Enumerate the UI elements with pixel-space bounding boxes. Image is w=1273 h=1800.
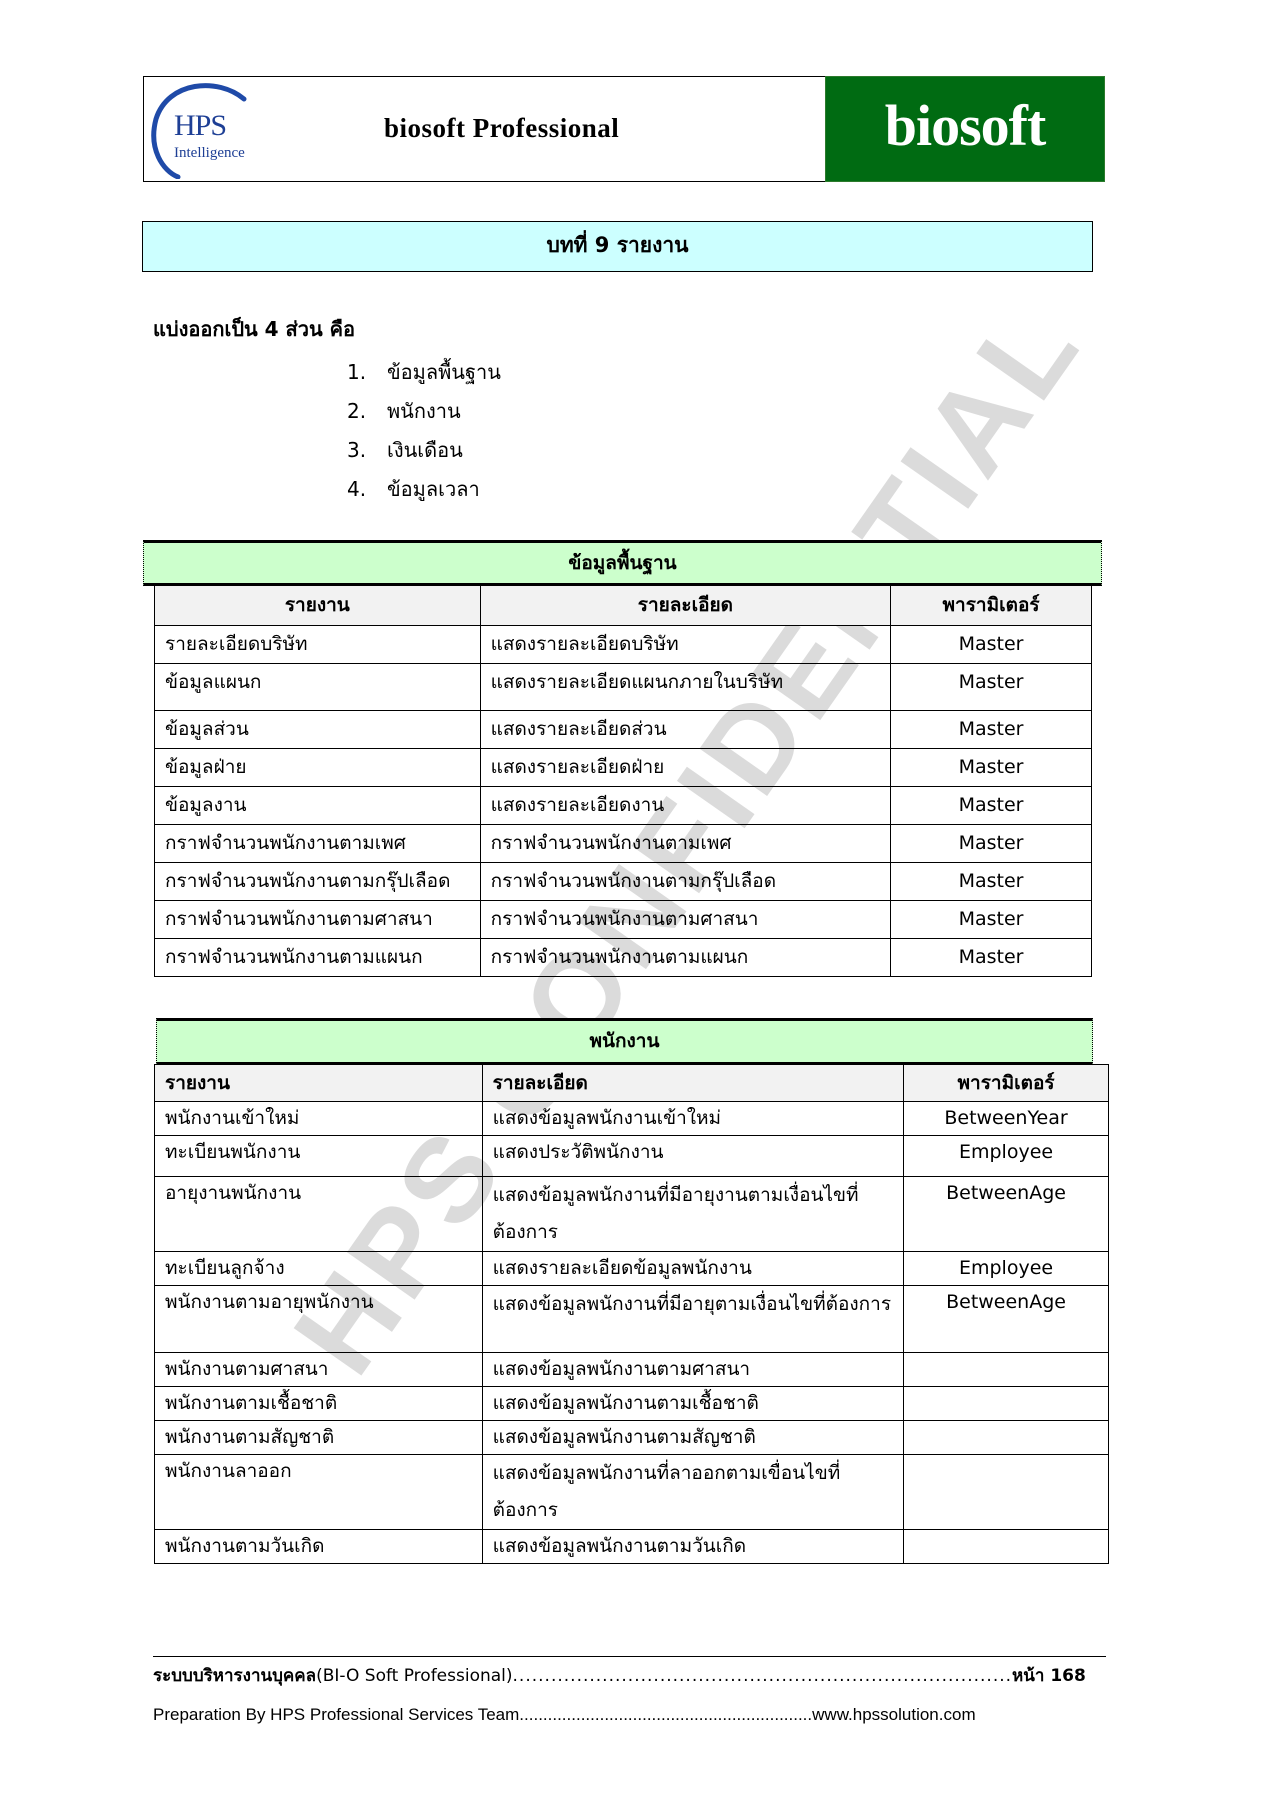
list-item: 1.ข้อมูลพื้นฐาน <box>347 354 501 393</box>
column-header-parameter: พารามิเตอร์ <box>891 586 1092 626</box>
table-row: รายละเอียดบริษัทแสดงรายละเอียดบริษัทMast… <box>155 626 1092 664</box>
cell-report-text: ข้อมูลงาน <box>165 794 247 816</box>
table-row: พนักงานตามศาสนาแสดงข้อมูลพนักงานตามศาสนา <box>155 1353 1109 1387</box>
column-header-report: รายงาน <box>155 1065 483 1102</box>
cell-detail-text: แสดงรายละเอียดบริษัท <box>491 633 679 655</box>
cell-detail-text: แสดงข้อมูลพนักงานที่มีอายุตามเงื่อนไขที่… <box>493 1293 891 1315</box>
list-label: เงินเดือน <box>387 432 463 471</box>
footer-system-sub: (BI-O Soft Professional) <box>316 1666 512 1686</box>
cell-parameter <box>904 1455 1109 1530</box>
cell-detail: แสดงข้อมูลพนักงานตามวันเกิด <box>482 1530 903 1564</box>
cell-report-text: ข้อมูลฝ่าย <box>165 756 247 778</box>
table-row: ทะเบียนพนักงานแสดงประวัติพนักงานEmployee <box>155 1136 1109 1177</box>
cell-parameter-text: Master <box>959 794 1024 816</box>
cell-detail: แสดงรายละเอียดข้อมูลพนักงาน <box>482 1252 903 1286</box>
list-number: 1. <box>347 354 387 393</box>
cell-report-text: กราฟจำนวนพนักงานตามเพศ <box>165 832 406 854</box>
cell-detail: แสดงข้อมูลพนักงานตามสัญชาติ <box>482 1421 903 1455</box>
cell-parameter: Master <box>891 863 1092 901</box>
cell-detail-text: แสดงรายละเอียดส่วน <box>491 718 667 740</box>
table-row: กราฟจำนวนพนักงานตามแผนกกราฟจำนวนพนักงานต… <box>155 939 1092 977</box>
footer-page-number: หน้า 168 <box>1012 1666 1086 1686</box>
footer-prepared-line: Preparation By HPS Professional Services… <box>153 1703 1093 1727</box>
cell-parameter-text: Master <box>959 832 1024 854</box>
cell-parameter: Employee <box>904 1252 1109 1286</box>
cell-detail: แสดงรายละเอียดงาน <box>480 787 890 825</box>
footer-system-line: ระบบบริหารงานบุคคล(BI-O Soft Professiona… <box>153 1664 1053 1688</box>
cell-report: พนักงานตามวันเกิด <box>155 1530 483 1564</box>
cell-report-text: ทะเบียนพนักงาน <box>165 1141 300 1163</box>
cell-report-text: พนักงานตามวันเกิด <box>165 1535 324 1557</box>
cell-report: พนักงานลาออก <box>155 1455 483 1530</box>
cell-report: ทะเบียนลูกจ้าง <box>155 1252 483 1286</box>
cell-report-text: ข้อมูลแผนก <box>165 671 261 693</box>
cell-detail-text: แสดงรายละเอียดแผนกภายในบริษัท <box>491 671 783 693</box>
cell-parameter <box>904 1421 1109 1455</box>
cell-report-text: รายละเอียดบริษัท <box>165 633 308 655</box>
cell-report-text: อายุงานพนักงาน <box>165 1182 301 1204</box>
cell-detail-text: แสดงข้อมูลพนักงานตามสัญชาติ <box>493 1426 756 1448</box>
cell-detail: แสดงรายละเอียดบริษัท <box>480 626 890 664</box>
cell-parameter-text: BetweenAge <box>946 1182 1066 1204</box>
cell-parameter-text: BetweenAge <box>946 1291 1066 1313</box>
table-row: ทะเบียนลูกจ้างแสดงรายละเอียดข้อมูลพนักงา… <box>155 1252 1109 1286</box>
cell-report: พนักงานตามศาสนา <box>155 1353 483 1387</box>
cell-parameter-text: Master <box>959 870 1024 892</box>
list-label: ข้อมูลพื้นฐาน <box>387 354 501 393</box>
table-row: พนักงานตามอายุพนักงานแสดงข้อมูลพนักงานที… <box>155 1286 1109 1353</box>
list-item: 4.ข้อมูลเวลา <box>347 471 501 510</box>
cell-detail: กราฟจำนวนพนักงานตามศาสนา <box>480 901 890 939</box>
cell-report-text: กราฟจำนวนพนักงานตามกรุ๊ปเลือด <box>165 870 450 892</box>
cell-report: กราฟจำนวนพนักงานตามเพศ <box>155 825 481 863</box>
cell-detail: แสดงข้อมูลพนักงานเข้าใหม่ <box>482 1102 903 1136</box>
table-row: กราฟจำนวนพนักงานตามศาสนากราฟจำนวนพนักงาน… <box>155 901 1092 939</box>
list-number: 3. <box>347 432 387 471</box>
cell-detail: แสดงประวัติพนักงาน <box>482 1136 903 1177</box>
list-label: ข้อมูลเวลา <box>387 471 480 510</box>
column-header-report: รายงาน <box>155 586 481 626</box>
intro-text: แบ่งออกเป็น 4 ส่วน คือ <box>153 314 355 344</box>
cell-detail-text: แสดงข้อมูลพนักงานเข้าใหม่ <box>493 1107 721 1129</box>
footer-prepared-by: Preparation By HPS Professional Services… <box>153 1705 519 1724</box>
cell-detail: แสดงข้อมูลพนักงานตามศาสนา <box>482 1353 903 1387</box>
cell-parameter-text: Employee <box>959 1257 1053 1279</box>
table-header-row: รายงาน รายละเอียด พารามิเตอร์ <box>155 586 1092 626</box>
cell-parameter: Master <box>891 664 1092 711</box>
hps-logo-subtitle: Intelligence <box>174 145 245 161</box>
table-row: พนักงานเข้าใหม่แสดงข้อมูลพนักงานเข้าใหม่… <box>155 1102 1109 1136</box>
hps-logo: HPS Intelligence <box>148 79 278 179</box>
cell-detail: กราฟจำนวนพนักงานตามแผนก <box>480 939 890 977</box>
table-row: กราฟจำนวนพนักงานตามเพศกราฟจำนวนพนักงานตา… <box>155 825 1092 863</box>
table-row: พนักงานตามวันเกิดแสดงข้อมูลพนักงานตามวัน… <box>155 1530 1109 1564</box>
cell-parameter: Employee <box>904 1136 1109 1177</box>
cell-parameter-text: Master <box>959 756 1024 778</box>
cell-report: พนักงานตามเชื้อชาติ <box>155 1387 483 1421</box>
footer-dots: ........................................… <box>513 1666 1013 1686</box>
column-header-detail: รายละเอียด <box>482 1065 903 1102</box>
table-row: ข้อมูลแผนกแสดงรายละเอียดแผนกภายในบริษัทM… <box>155 664 1092 711</box>
cell-parameter: BetweenAge <box>904 1177 1109 1252</box>
cell-report-text: พนักงานตามสัญชาติ <box>165 1426 334 1448</box>
table-row: พนักงานตามเชื้อชาติแสดงข้อมูลพนักงานตามเ… <box>155 1387 1109 1421</box>
table-row: อายุงานพนักงานแสดงข้อมูลพนักงานที่มีอายุ… <box>155 1177 1109 1252</box>
table-row: กราฟจำนวนพนักงานตามกรุ๊ปเลือดกราฟจำนวนพน… <box>155 863 1092 901</box>
cell-report: พนักงานตามอายุพนักงาน <box>155 1286 483 1353</box>
cell-detail: กราฟจำนวนพนักงานตามกรุ๊ปเลือด <box>480 863 890 901</box>
footer-website: www.hpssolution.com <box>812 1705 975 1724</box>
cell-detail-text: แสดงรายละเอียดข้อมูลพนักงาน <box>493 1257 752 1279</box>
employee-table: รายงาน รายละเอียด พารามิเตอร์ พนักงานเข้… <box>154 1064 1109 1564</box>
cell-parameter: Master <box>891 626 1092 664</box>
list-number: 4. <box>347 471 387 510</box>
chapter-title: บทที่ 9 รายงาน <box>142 221 1093 272</box>
table-row: ข้อมูลส่วนแสดงรายละเอียดส่วนMaster <box>155 711 1092 749</box>
list-item: 3.เงินเดือน <box>347 432 501 471</box>
cell-parameter: BetweenAge <box>904 1286 1109 1353</box>
footer-dots: ........................................… <box>519 1705 812 1724</box>
hps-logo-name: HPS <box>174 111 226 141</box>
cell-detail-text: กราฟจำนวนพนักงานตามกรุ๊ปเลือด <box>491 870 776 892</box>
cell-parameter-text: Master <box>959 718 1024 740</box>
cell-parameter: BetweenYear <box>904 1102 1109 1136</box>
cell-detail-text: แสดงข้อมูลพนักงานตามศาสนา <box>493 1358 751 1380</box>
cell-parameter: Master <box>891 787 1092 825</box>
cell-report-text: ทะเบียนลูกจ้าง <box>165 1257 285 1279</box>
cell-parameter <box>904 1530 1109 1564</box>
cell-report: ข้อมูลส่วน <box>155 711 481 749</box>
cell-report: อายุงานพนักงาน <box>155 1177 483 1252</box>
cell-detail-text: แสดงข้อมูลพนักงานตามเชื้อชาติ <box>493 1392 759 1414</box>
cell-detail: แสดงข้อมูลพนักงานที่มีอายุตามเงื่อนไขที่… <box>482 1286 903 1353</box>
cell-report: กราฟจำนวนพนักงานตามศาสนา <box>155 901 481 939</box>
cell-detail: แสดงข้อมูลพนักงานที่มีอายุงานตามเงื่อนไข… <box>482 1177 903 1252</box>
table-row: ข้อมูลงานแสดงรายละเอียดงานMaster <box>155 787 1092 825</box>
cell-detail-text: แสดงประวัติพนักงาน <box>493 1141 664 1163</box>
cell-detail-text: กราฟจำนวนพนักงานตามเพศ <box>491 832 732 854</box>
column-header-detail: รายละเอียด <box>480 586 890 626</box>
cell-report-text: พนักงานลาออก <box>165 1460 292 1482</box>
cell-report: ทะเบียนพนักงาน <box>155 1136 483 1177</box>
cell-parameter: Master <box>891 901 1092 939</box>
table-header-row: รายงาน รายละเอียด พารามิเตอร์ <box>155 1065 1109 1102</box>
cell-report-text: พนักงานตามเชื้อชาติ <box>165 1392 337 1414</box>
biosoft-logo: biosoft <box>825 76 1105 182</box>
cell-report: พนักงานเข้าใหม่ <box>155 1102 483 1136</box>
cell-detail: แสดงข้อมูลพนักงานที่ลาออกตามเขื่อนไขที่ต… <box>482 1455 903 1530</box>
cell-detail: แสดงรายละเอียดแผนกภายในบริษัท <box>480 664 890 711</box>
cell-report: รายละเอียดบริษัท <box>155 626 481 664</box>
cell-detail-text: แสดงข้อมูลพนักงานตามวันเกิด <box>493 1535 747 1557</box>
list-item: 2.พนักงาน <box>347 393 501 432</box>
cell-detail-text: แสดงข้อมูลพนักงานที่ลาออกตามเขื่อนไขที่ต… <box>493 1462 841 1521</box>
cell-detail-text: แสดงข้อมูลพนักงานที่มีอายุงานตามเงื่อนไข… <box>493 1184 859 1243</box>
cell-report-text: พนักงานตามศาสนา <box>165 1358 328 1380</box>
cell-report: กราฟจำนวนพนักงานตามแผนก <box>155 939 481 977</box>
basic-data-table: รายงาน รายละเอียด พารามิเตอร์ รายละเอียด… <box>154 585 1092 977</box>
cell-report-text: พนักงานตามอายุพนักงาน <box>165 1291 374 1313</box>
cell-parameter-text: Master <box>959 633 1024 655</box>
cell-parameter-text: Master <box>959 671 1024 693</box>
list-number: 2. <box>347 393 387 432</box>
cell-parameter: Master <box>891 939 1092 977</box>
cell-parameter-text: Master <box>959 908 1024 930</box>
cell-parameter-text: Master <box>959 946 1024 968</box>
cell-report: ข้อมูลแผนก <box>155 664 481 711</box>
cell-report: กราฟจำนวนพนักงานตามกรุ๊ปเลือด <box>155 863 481 901</box>
cell-report-text: ข้อมูลส่วน <box>165 718 249 740</box>
cell-parameter: Master <box>891 711 1092 749</box>
biosoft-logo-text: biosoft <box>826 91 1104 161</box>
cell-report-text: พนักงานเข้าใหม่ <box>165 1107 299 1129</box>
cell-parameter <box>904 1387 1109 1421</box>
cell-report-text: กราฟจำนวนพนักงานตามแผนก <box>165 946 423 968</box>
table-row: ข้อมูลฝ่ายแสดงรายละเอียดฝ่ายMaster <box>155 749 1092 787</box>
cell-parameter-text: Employee <box>959 1141 1053 1163</box>
footer-divider <box>153 1656 1106 1657</box>
cell-detail-text: แสดงรายละเอียดฝ่าย <box>491 756 665 778</box>
cell-parameter-text: BetweenYear <box>944 1107 1067 1129</box>
list-label: พนักงาน <box>387 393 461 432</box>
cell-parameter: Master <box>891 749 1092 787</box>
header-title: biosoft Professional <box>384 111 844 145</box>
cell-detail: แสดงรายละเอียดส่วน <box>480 711 890 749</box>
column-header-parameter: พารามิเตอร์ <box>904 1065 1109 1102</box>
cell-detail-text: กราฟจำนวนพนักงานตามศาสนา <box>491 908 759 930</box>
footer-system-name: ระบบบริหารงานบุคคล <box>153 1666 316 1686</box>
document-header: HPS Intelligence biosoft Professional bi… <box>143 76 1105 182</box>
table-row: พนักงานลาออกแสดงข้อมูลพนักงานที่ลาออกตาม… <box>155 1455 1109 1530</box>
cell-detail-text: กราฟจำนวนพนักงานตามแผนก <box>491 946 749 968</box>
cell-detail: กราฟจำนวนพนักงานตามเพศ <box>480 825 890 863</box>
cell-detail: แสดงข้อมูลพนักงานตามเชื้อชาติ <box>482 1387 903 1421</box>
cell-detail-text: แสดงรายละเอียดงาน <box>491 794 665 816</box>
table-row: พนักงานตามสัญชาติแสดงข้อมูลพนักงานตามสัญ… <box>155 1421 1109 1455</box>
employee-table-title: พนักงาน <box>156 1018 1093 1065</box>
basic-data-table-title: ข้อมูลพื้นฐาน <box>143 540 1102 586</box>
cell-parameter: Master <box>891 825 1092 863</box>
cell-report: พนักงานตามสัญชาติ <box>155 1421 483 1455</box>
section-list: 1.ข้อมูลพื้นฐาน 2.พนักงาน 3.เงินเดือน 4.… <box>347 354 501 510</box>
cell-report: ข้อมูลฝ่าย <box>155 749 481 787</box>
cell-detail: แสดงรายละเอียดฝ่าย <box>480 749 890 787</box>
cell-report-text: กราฟจำนวนพนักงานตามศาสนา <box>165 908 433 930</box>
cell-report: ข้อมูลงาน <box>155 787 481 825</box>
cell-parameter <box>904 1353 1109 1387</box>
